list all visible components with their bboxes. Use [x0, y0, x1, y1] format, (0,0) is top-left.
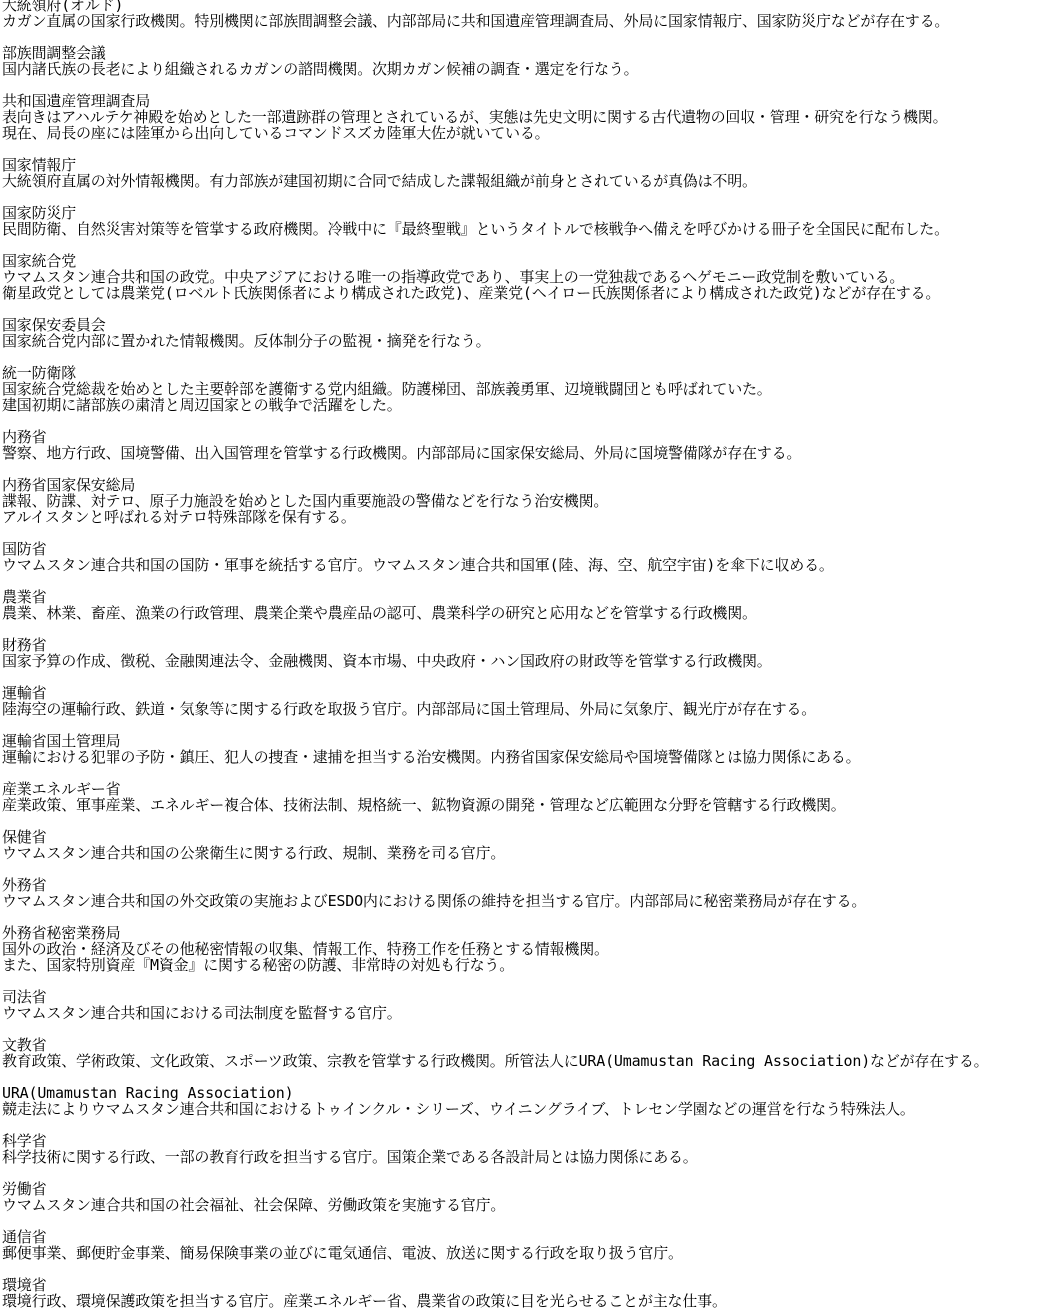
entry-description: 国家統合党総裁を始めとした主要幹部を護衛する党内組織。防護梯団、部族義勇軍、辺境…	[2, 381, 1043, 397]
entry-title: URA(Umamustan Racing Association)	[2, 1085, 1043, 1101]
entry-description: アルイスタンと呼ばれる対テロ特殊部隊を保有する。	[2, 509, 1043, 525]
entry-description: 衛星政党としては農業党(ロベルト氏族関係者により構成された政党)、産業党(ヘイロ…	[2, 285, 1043, 301]
entry-title: 財務省	[2, 637, 1043, 653]
entry-foreign-ministry: 外務省 ウマムスタン連合共和国の外交政策の実施およびESDO内における関係の維持…	[2, 877, 1043, 909]
entry-description: 警察、地方行政、国境警備、出入国管理を管掌する行政機関。内部部局に国家保安総局、…	[2, 445, 1043, 461]
entry-description: ウマムスタン連合共和国の国防・軍事を統括する官庁。ウマムスタン連合共和国軍(陸、…	[2, 557, 1043, 573]
entry-ura: URA(Umamustan Racing Association) 競走法により…	[2, 1085, 1043, 1117]
entry-education-ministry: 文教省 教育政策、学術政策、文化政策、スポーツ政策、宗教を管掌する行政機関。所管…	[2, 1037, 1043, 1069]
entry-title: 農業省	[2, 589, 1043, 605]
entry-title: 部族間調整会議	[2, 45, 1043, 61]
entry-description: ウマムスタン連合共和国の政党。中央アジアにおける唯一の指導政党であり、事実上の一…	[2, 269, 1043, 285]
entry-title: 保健省	[2, 829, 1043, 845]
entry-description: 産業政策、軍事産業、エネルギー複合体、技術法制、規格統一、鉱物資源の開発・管理な…	[2, 797, 1043, 813]
entry-description: 国外の政治・経済及びその他秘密情報の収集、情報工作、特務工作を任務とする情報機関…	[2, 941, 1043, 957]
entry-title: 運輸省国土管理局	[2, 733, 1043, 749]
entry-description: 民間防衛、自然災害対策等を管掌する政府機関。冷戦中に『最終聖戦』というタイトルで…	[2, 221, 1043, 237]
entry-justice-ministry: 司法省 ウマムスタン連合共和国における司法制度を監督する官庁。	[2, 989, 1043, 1021]
entry-description: 科学技術に関する行政、一部の教育行政を担当する官庁。国策企業である各設計局とは協…	[2, 1149, 1043, 1165]
entry-title: 外務省	[2, 877, 1043, 893]
entry-title: 外務省秘密業務局	[2, 925, 1043, 941]
entry-title: 国家保安委員会	[2, 317, 1043, 333]
entry-transport-ministry: 運輸省 陸海空の運輸行政、鉄道・気象等に関する行政を取扱う官庁。内部部局に国土管…	[2, 685, 1043, 717]
entry-disaster-agency: 国家防災庁 民間防衛、自然災害対策等を管掌する政府機関。冷戦中に『最終聖戦』とい…	[2, 205, 1043, 237]
entry-description: 陸海空の運輸行政、鉄道・気象等に関する行政を取扱う官庁。内部部局に国土管理局、外…	[2, 701, 1043, 717]
entry-description: 環境行政、環境保護政策を担当する官庁。産業エネルギー省、農業省の政策に目を光らせ…	[2, 1293, 1043, 1309]
entry-title: 国家統合党	[2, 253, 1043, 269]
entry-environment-ministry: 環境省 環境行政、環境保護政策を担当する官庁。産業エネルギー省、農業省の政策に目…	[2, 1277, 1043, 1309]
entry-description: 国内諸氏族の長老により組織されるカガンの諮問機関。次期カガン候補の調査・選定を行…	[2, 61, 1043, 77]
entry-description: 農業、林業、畜産、漁業の行政管理、農業企業や農産品の認可、農業科学の研究と応用な…	[2, 605, 1043, 621]
entry-title: 労働省	[2, 1181, 1043, 1197]
entry-description: 運輸における犯罪の予防・鎮圧、犯人の捜査・逮捕を担当する治安機関。内務省国家保安…	[2, 749, 1043, 765]
entry-description: 建国初期に諸部族の粛清と周辺国家との戦争で活躍をした。	[2, 397, 1043, 413]
entry-description: ウマムスタン連合共和国の社会福祉、社会保障、労働政策を実施する官庁。	[2, 1197, 1043, 1213]
entry-science-ministry: 科学省 科学技術に関する行政、一部の教育行政を担当する官庁。国策企業である各設計…	[2, 1133, 1043, 1165]
entry-title: 通信省	[2, 1229, 1043, 1245]
entry-title: 環境省	[2, 1277, 1043, 1293]
entry-description: カガン直属の国家行政機関。特別機関に部族間調整会議、内部部局に共和国遺産管理調査…	[2, 13, 1043, 29]
entry-title: 国防省	[2, 541, 1043, 557]
entry-description: 国家統合党内部に置かれた情報機関。反体制分子の監視・摘発を行なう。	[2, 333, 1043, 349]
entry-unified-guard: 統一防衛隊 国家統合党総裁を始めとした主要幹部を護衛する党内組織。防護梯団、部族…	[2, 365, 1043, 413]
entry-agriculture-ministry: 農業省 農業、林業、畜産、漁業の行政管理、農業企業や農産品の認可、農業科学の研究…	[2, 589, 1043, 621]
entry-tribal-council: 部族間調整会議 国内諸氏族の長老により組織されるカガンの諮問機関。次期カガン候補…	[2, 45, 1043, 77]
entry-title: 文教省	[2, 1037, 1043, 1053]
entry-communications-ministry: 通信省 郵便事業、郵便貯金事業、簡易保険事業の並びに電気通信、電波、放送に関する…	[2, 1229, 1043, 1261]
entry-transport-land-bureau: 運輸省国土管理局 運輸における犯罪の予防・鎮圧、犯人の捜査・逮捕を担当する治安機…	[2, 733, 1043, 765]
entry-description: 諜報、防諜、対テロ、原子力施設を始めとした国内重要施設の警備などを行なう治安機関…	[2, 493, 1043, 509]
entry-state-security-committee: 国家保安委員会 国家統合党内部に置かれた情報機関。反体制分子の監視・摘発を行なう…	[2, 317, 1043, 349]
entry-interior-security-directorate: 内務省国家保安総局 諜報、防諜、対テロ、原子力施設を始めとした国内重要施設の警備…	[2, 477, 1043, 525]
entry-presidential-office: 大統領府(オルド) カガン直属の国家行政機関。特別機関に部族間調整会議、内部部局…	[2, 0, 1043, 29]
entry-defense-ministry: 国防省 ウマムスタン連合共和国の国防・軍事を統括する官庁。ウマムスタン連合共和国…	[2, 541, 1043, 573]
entry-title: 内務省国家保安総局	[2, 477, 1043, 493]
entry-description: 競走法によりウマムスタン連合共和国におけるトゥインクル・シリーズ、ウイニングライ…	[2, 1101, 1043, 1117]
entry-description: また、国家特別資産『M資金』に関する秘密の防護、非常時の対処も行なう。	[2, 957, 1043, 973]
entry-description: 表向きはアハルテケ神殿を始めとした一部遺跡群の管理とされているが、実態は先史文明…	[2, 109, 1043, 125]
entry-description: 現在、局長の座には陸軍から出向しているコマンドスズカ陸軍大佐が就いている。	[2, 125, 1043, 141]
entry-interior-ministry: 内務省 警察、地方行政、国境警備、出入国管理を管掌する行政機関。内部部局に国家保…	[2, 429, 1043, 461]
entry-description: 教育政策、学術政策、文化政策、スポーツ政策、宗教を管掌する行政機関。所管法人にU…	[2, 1053, 1043, 1069]
entry-title: 産業エネルギー省	[2, 781, 1043, 797]
entry-description: ウマムスタン連合共和国の外交政策の実施およびESDO内における関係の維持を担当す…	[2, 893, 1043, 909]
entry-title: 内務省	[2, 429, 1043, 445]
entry-labor-ministry: 労働省 ウマムスタン連合共和国の社会福祉、社会保障、労働政策を実施する官庁。	[2, 1181, 1043, 1213]
entry-finance-ministry: 財務省 国家予算の作成、徴税、金融関連法令、金融機関、資本市場、中央政府・ハン国…	[2, 637, 1043, 669]
entry-heritage-bureau: 共和国遺産管理調査局 表向きはアハルテケ神殿を始めとした一部遺跡群の管理とされて…	[2, 93, 1043, 141]
entry-description: ウマムスタン連合共和国の公衆衛生に関する行政、規制、業務を司る官庁。	[2, 845, 1043, 861]
entry-description: 大統領府直属の対外情報機関。有力部族が建国初期に合同で結成した諜報組織が前身とさ…	[2, 173, 1043, 189]
entry-national-unity-party: 国家統合党 ウマムスタン連合共和国の政党。中央アジアにおける唯一の指導政党であり…	[2, 253, 1043, 301]
entry-title: 国家防災庁	[2, 205, 1043, 221]
entry-health-ministry: 保健省 ウマムスタン連合共和国の公衆衛生に関する行政、規制、業務を司る官庁。	[2, 829, 1043, 861]
entry-title: 運輸省	[2, 685, 1043, 701]
document-body: 大統領府(オルド) カガン直属の国家行政機関。特別機関に部族間調整会議、内部部局…	[0, 0, 1043, 1309]
entry-description: 郵便事業、郵便貯金事業、簡易保険事業の並びに電気通信、電波、放送に関する行政を取…	[2, 1245, 1043, 1261]
entry-industry-energy-ministry: 産業エネルギー省 産業政策、軍事産業、エネルギー複合体、技術法制、規格統一、鉱物…	[2, 781, 1043, 813]
entry-title: 司法省	[2, 989, 1043, 1005]
entry-title: 統一防衛隊	[2, 365, 1043, 381]
entry-description: 国家予算の作成、徴税、金融関連法令、金融機関、資本市場、中央政府・ハン国政府の財…	[2, 653, 1043, 669]
entry-title: 国家情報庁	[2, 157, 1043, 173]
entry-foreign-secret-bureau: 外務省秘密業務局 国外の政治・経済及びその他秘密情報の収集、情報工作、特務工作を…	[2, 925, 1043, 973]
entry-description: ウマムスタン連合共和国における司法制度を監督する官庁。	[2, 1005, 1043, 1021]
entry-title: 科学省	[2, 1133, 1043, 1149]
entry-national-intelligence-agency: 国家情報庁 大統領府直属の対外情報機関。有力部族が建国初期に合同で結成した諜報組…	[2, 157, 1043, 189]
entry-title: 共和国遺産管理調査局	[2, 93, 1043, 109]
